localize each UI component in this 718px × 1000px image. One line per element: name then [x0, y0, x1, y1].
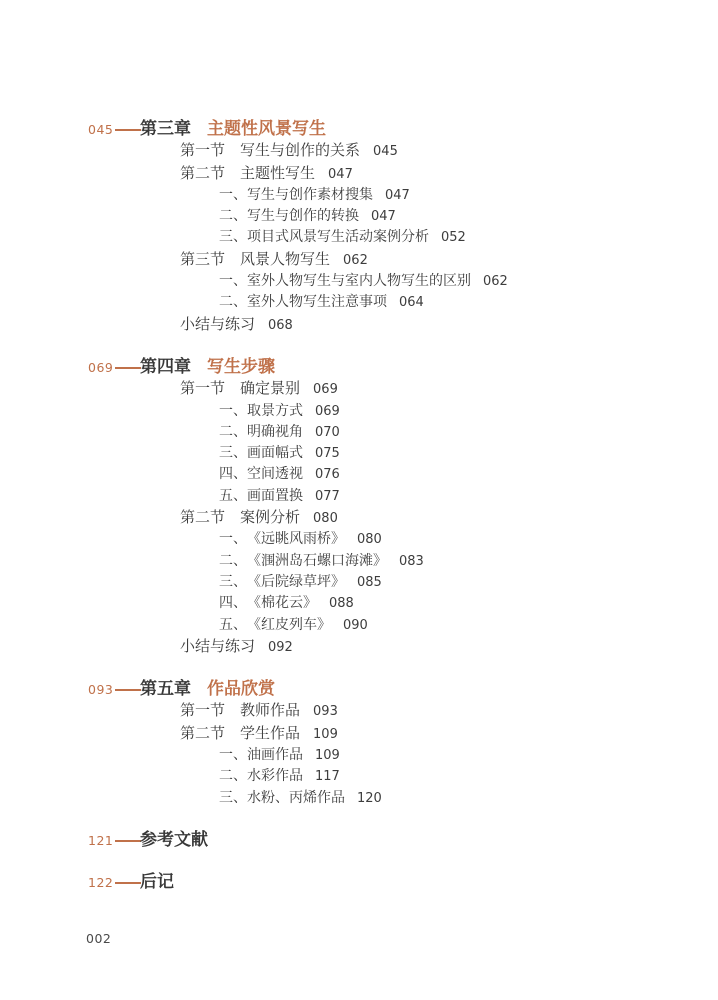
- summary-label: 小结与练习: [180, 636, 255, 657]
- section-row: 第一节 确定景别 069: [88, 378, 688, 400]
- section-row: 第三节 风景人物写生 062: [88, 249, 688, 271]
- leader-dash: [115, 882, 141, 884]
- section-page-number: 045: [373, 141, 398, 162]
- backmatter-page-number: 122: [88, 872, 113, 893]
- section-title: 风景人物写生: [240, 249, 330, 270]
- leader-dash: [115, 367, 141, 369]
- section-label: 第二节: [180, 163, 225, 184]
- section-row: 第一节 写生与创作的关系 045: [88, 140, 688, 162]
- item-label: 一、: [219, 271, 247, 292]
- item-title: 画面置换: [247, 486, 303, 507]
- item-title: 《红皮列车》: [247, 615, 331, 636]
- summary-label: 小结与练习: [180, 314, 255, 335]
- toc-item-row: 一、 室外人物写生与室内人物写生的区别 062: [88, 271, 688, 292]
- toc-item-row: 二、 写生与创作的转换 047: [88, 206, 688, 227]
- backmatter-row-postscript: 122 后记: [88, 872, 688, 893]
- item-title: 写生与创作的转换: [247, 206, 359, 227]
- item-label: 五、: [219, 615, 247, 636]
- toc-item-row: 三、 项目式风景写生活动案例分析 052: [88, 227, 688, 248]
- backmatter-row-references: 121 参考文献: [88, 830, 688, 851]
- toc-item-row: 三、 画面幅式 075: [88, 443, 688, 464]
- item-label: 二、: [219, 422, 247, 443]
- item-page-number: 090: [343, 615, 368, 636]
- item-page-number: 120: [357, 788, 382, 809]
- item-title: 水彩作品: [247, 766, 303, 787]
- toc-item-row: 二、 水彩作品 117: [88, 766, 688, 787]
- chapter-title: 主题性风景写生: [207, 119, 326, 140]
- item-title: 取景方式: [247, 401, 303, 422]
- item-page-number: 062: [483, 271, 508, 292]
- item-page-number: 085: [357, 572, 382, 593]
- item-label: 四、: [219, 464, 247, 485]
- item-title: 写生与创作素材搜集: [247, 185, 373, 206]
- item-title: 室外人物写生与室内人物写生的区别: [247, 271, 471, 292]
- item-page-number: 069: [315, 401, 340, 422]
- backmatter-margin-page: 122: [88, 872, 140, 893]
- item-label: 一、: [219, 745, 247, 766]
- section-title: 案例分析: [240, 507, 300, 528]
- item-title: 项目式风景写生活动案例分析: [247, 227, 429, 248]
- section-title: 确定景别: [240, 378, 300, 399]
- item-page-number: 109: [315, 745, 340, 766]
- chapter-margin-page: 069: [88, 357, 140, 378]
- item-title: 《棉花云》: [247, 593, 317, 614]
- item-title: 室外人物写生注意事项: [247, 292, 387, 313]
- backmatter-title: 参考文献: [140, 830, 208, 851]
- item-title: 空间透视: [247, 464, 303, 485]
- chapter-page-number: 093: [88, 679, 113, 700]
- toc-item-row: 四、 《棉花云》 088: [88, 593, 688, 614]
- item-page-number: 047: [385, 185, 410, 206]
- item-label: 二、: [219, 766, 247, 787]
- toc-item-row: 一、 写生与创作素材搜集 047: [88, 185, 688, 206]
- table-of-contents: 045 第三章 主题性风景写生 第一节 写生与创作的关系 045 第二节 主题性…: [88, 119, 688, 894]
- backmatter-margin-page: 121: [88, 830, 140, 851]
- section-row: 第二节 主题性写生 047: [88, 163, 688, 185]
- item-page-number: 083: [399, 551, 424, 572]
- summary-page-number: 068: [268, 315, 293, 336]
- section-label: 第二节: [180, 507, 225, 528]
- item-label: 三、: [219, 788, 247, 809]
- chapter-heading-row: 069 第四章 写生步骤: [88, 357, 688, 378]
- section-page-number: 093: [313, 701, 338, 722]
- section-row: 第一节 教师作品 093: [88, 700, 688, 722]
- item-label: 一、: [219, 401, 247, 422]
- item-label: 二、: [219, 292, 247, 313]
- item-label: 二、: [219, 206, 247, 227]
- toc-item-row: 二、 《涠洲岛石螺口海滩》 083: [88, 551, 688, 572]
- section-page-number: 069: [313, 379, 338, 400]
- chapter-margin-page: 045: [88, 119, 140, 140]
- chapter-title: 写生步骤: [207, 357, 275, 378]
- chapter-heading-row: 045 第三章 主题性风景写生: [88, 119, 688, 140]
- summary-row: 小结与练习 092: [88, 636, 688, 658]
- summary-row: 小结与练习 068: [88, 314, 688, 336]
- item-title: 《远眺风雨桥》: [247, 529, 345, 550]
- chapter-page-number: 069: [88, 357, 113, 378]
- toc-item-row: 一、 《远眺风雨桥》 080: [88, 529, 688, 550]
- leader-dash: [115, 129, 141, 131]
- section-page-number: 062: [343, 250, 368, 271]
- toc-item-row: 五、 画面置换 077: [88, 486, 688, 507]
- backmatter-title: 后记: [140, 872, 174, 893]
- item-label: 二、: [219, 551, 247, 572]
- leader-dash: [115, 689, 141, 691]
- item-page-number: 052: [441, 227, 466, 248]
- chapter-label: 第三章: [140, 119, 191, 140]
- section-title: 写生与创作的关系: [240, 140, 360, 161]
- section-page-number: 109: [313, 724, 338, 745]
- item-page-number: 088: [329, 593, 354, 614]
- item-page-number: 077: [315, 486, 340, 507]
- item-page-number: 070: [315, 422, 340, 443]
- item-label: 五、: [219, 486, 247, 507]
- chapter-label: 第五章: [140, 679, 191, 700]
- chapter-page-number: 045: [88, 119, 113, 140]
- section-label: 第一节: [180, 140, 225, 161]
- toc-item-row: 一、 取景方式 069: [88, 401, 688, 422]
- item-page-number: 075: [315, 443, 340, 464]
- section-title: 主题性写生: [240, 163, 315, 184]
- item-page-number: 047: [371, 206, 396, 227]
- toc-item-row: 二、 明确视角 070: [88, 422, 688, 443]
- summary-page-number: 092: [268, 637, 293, 658]
- chapter-label: 第四章: [140, 357, 191, 378]
- chapter-title: 作品欣赏: [207, 679, 275, 700]
- toc-item-row: 四、 空间透视 076: [88, 464, 688, 485]
- item-label: 三、: [219, 443, 247, 464]
- backmatter-page-number: 121: [88, 830, 113, 851]
- section-row: 第二节 学生作品 109: [88, 723, 688, 745]
- item-title: 明确视角: [247, 422, 303, 443]
- section-label: 第二节: [180, 723, 225, 744]
- toc-item-row: 一、 油画作品 109: [88, 745, 688, 766]
- book-page: 045 第三章 主题性风景写生 第一节 写生与创作的关系 045 第二节 主题性…: [0, 0, 718, 1000]
- item-page-number: 080: [357, 529, 382, 550]
- item-label: 三、: [219, 227, 247, 248]
- toc-item-row: 三、 《后院绿草坪》 085: [88, 572, 688, 593]
- item-title: 水粉、丙烯作品: [247, 788, 345, 809]
- item-page-number: 064: [399, 292, 424, 313]
- item-page-number: 076: [315, 464, 340, 485]
- item-title: 油画作品: [247, 745, 303, 766]
- chapter-margin-page: 093: [88, 679, 140, 700]
- toc-item-row: 二、 室外人物写生注意事项 064: [88, 292, 688, 313]
- item-label: 三、: [219, 572, 247, 593]
- item-title: 《后院绿草坪》: [247, 572, 345, 593]
- section-title: 学生作品: [240, 723, 300, 744]
- section-label: 第一节: [180, 700, 225, 721]
- item-title: 《涠洲岛石螺口海滩》: [247, 551, 387, 572]
- item-label: 一、: [219, 529, 247, 550]
- section-row: 第二节 案例分析 080: [88, 507, 688, 529]
- toc-item-row: 三、 水粉、丙烯作品 120: [88, 788, 688, 809]
- item-title: 画面幅式: [247, 443, 303, 464]
- page-folio: 002: [86, 931, 111, 946]
- item-label: 四、: [219, 593, 247, 614]
- section-title: 教师作品: [240, 700, 300, 721]
- leader-dash: [115, 840, 141, 842]
- item-label: 一、: [219, 185, 247, 206]
- section-page-number: 047: [328, 164, 353, 185]
- section-page-number: 080: [313, 508, 338, 529]
- toc-item-row: 五、 《红皮列车》 090: [88, 615, 688, 636]
- section-label: 第三节: [180, 249, 225, 270]
- chapter-heading-row: 093 第五章 作品欣赏: [88, 679, 688, 700]
- section-label: 第一节: [180, 378, 225, 399]
- item-page-number: 117: [315, 766, 340, 787]
